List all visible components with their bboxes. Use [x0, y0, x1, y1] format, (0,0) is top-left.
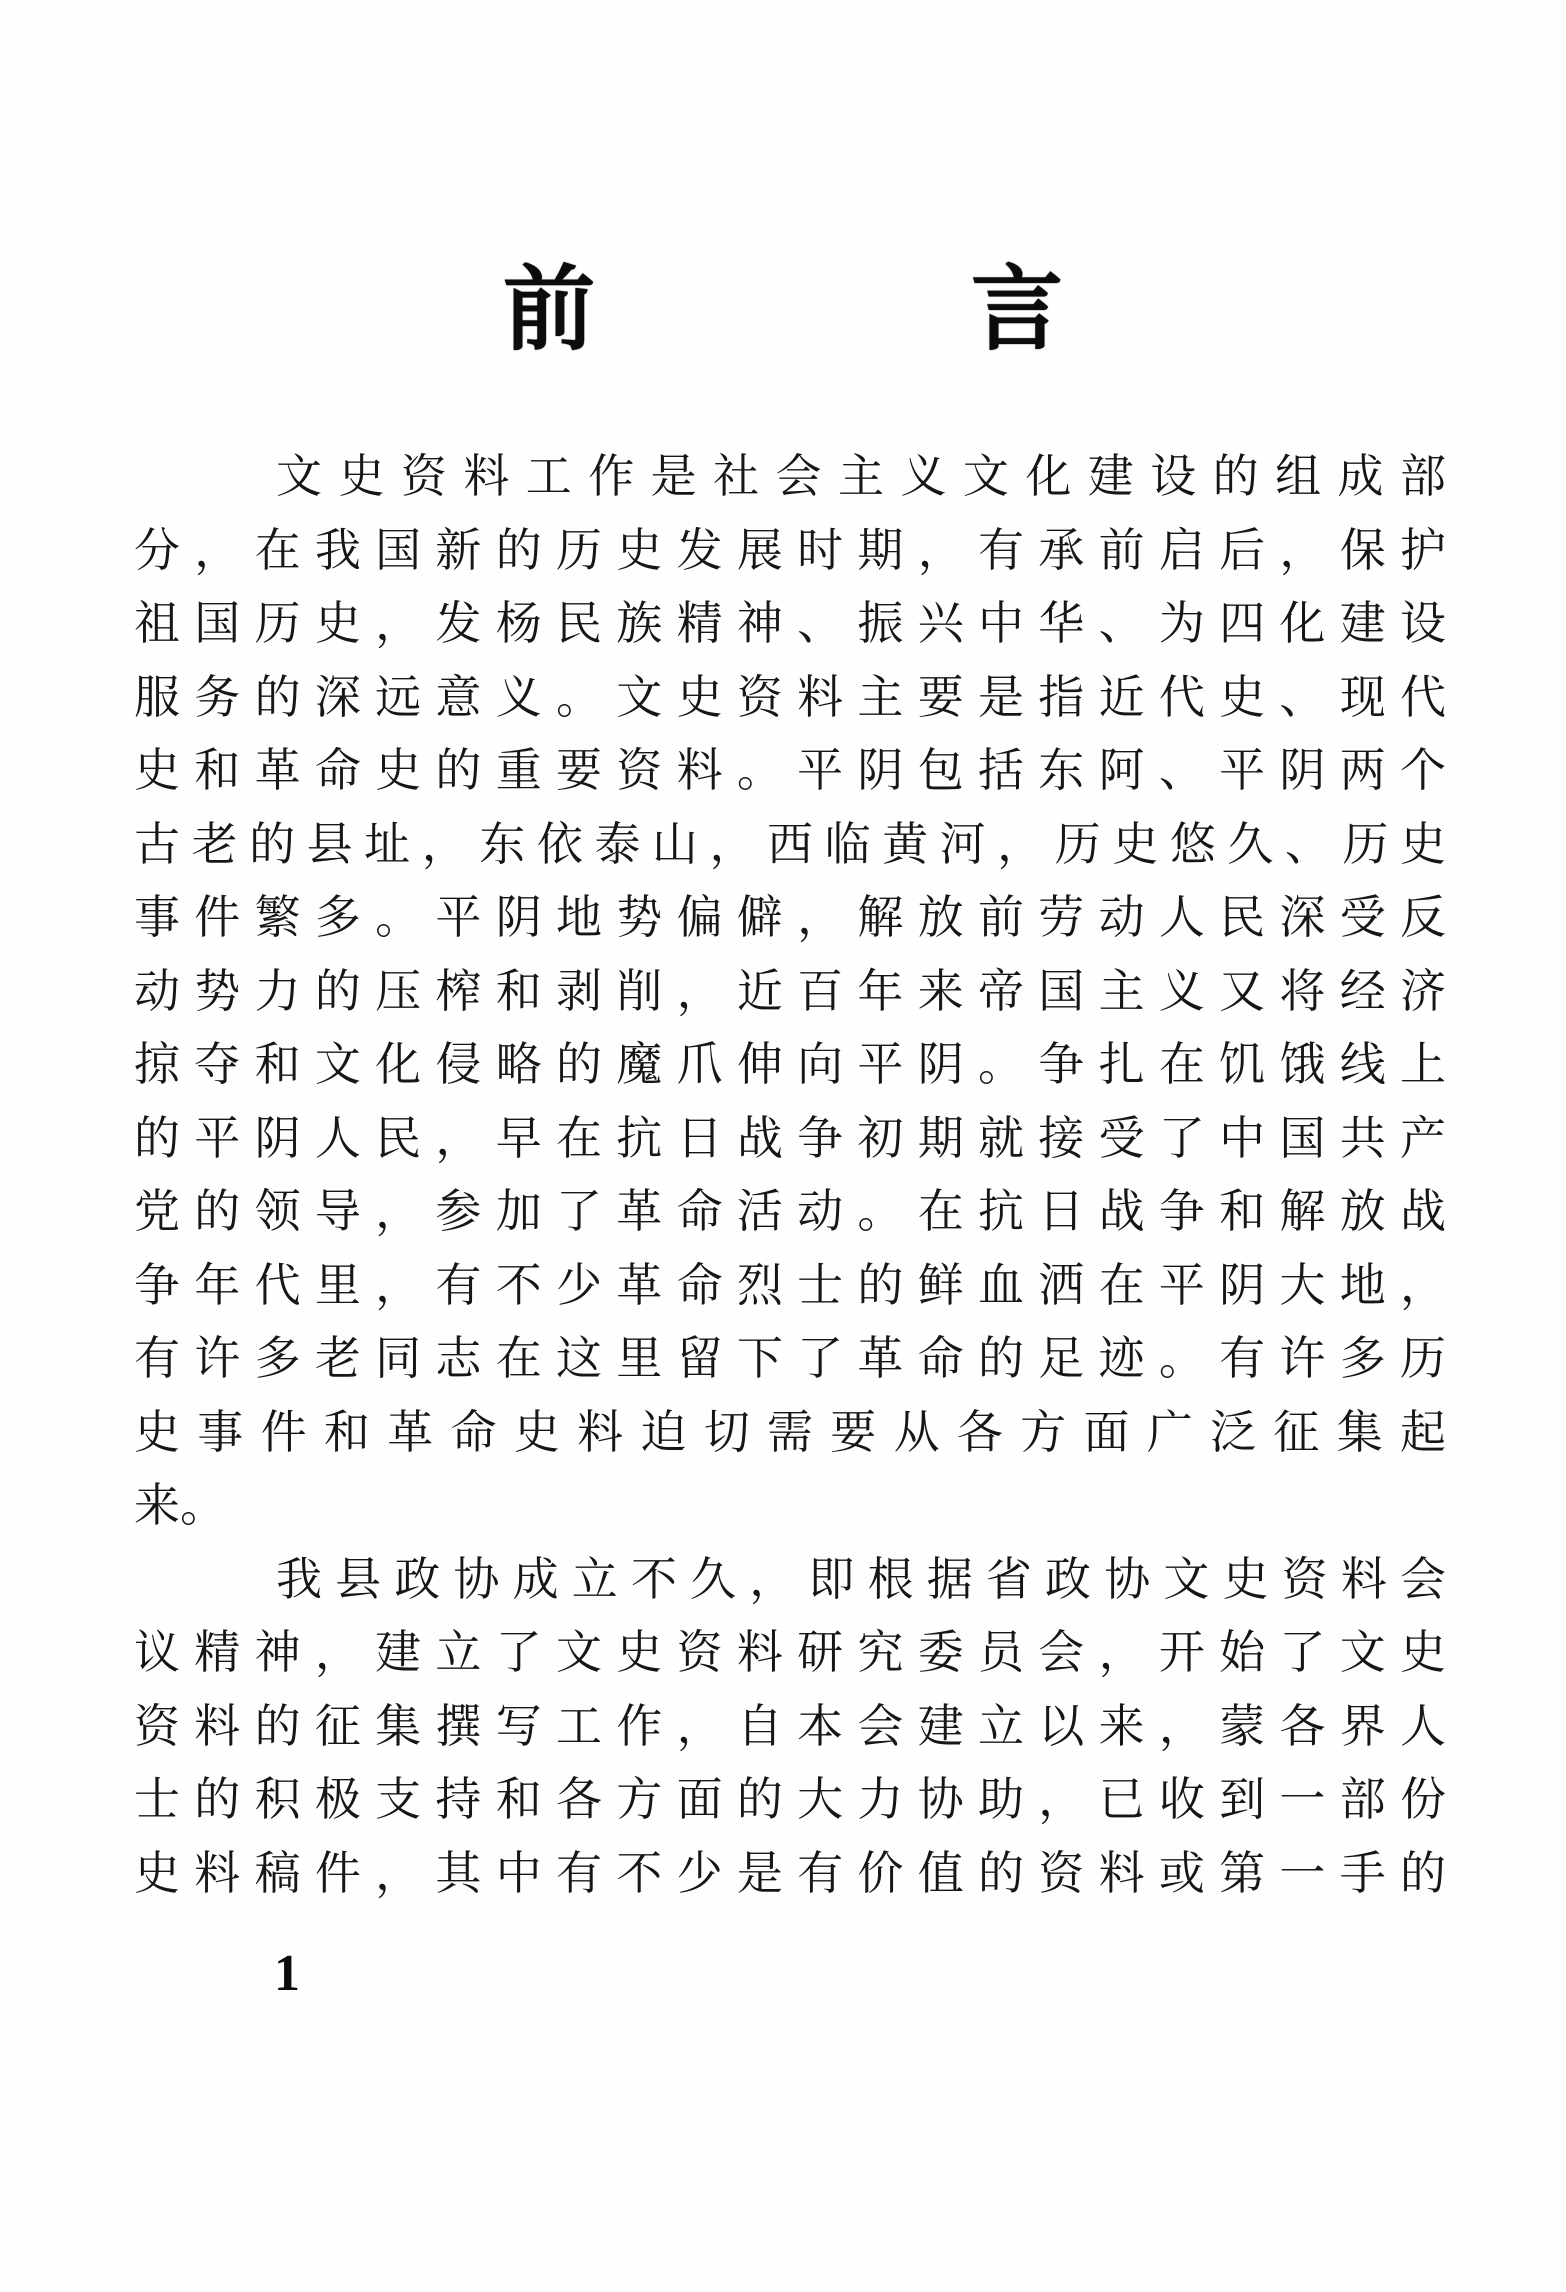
body-line: 古老的县址，东依泰山，西临黄河，历史悠久、历史: [134, 808, 1446, 882]
body-line: 的平阴人民，早在抗日战争初期就接受了中国共产: [134, 1102, 1446, 1176]
body-line: 士的积极支持和各方面的大力协助，已收到一部份: [134, 1763, 1446, 1837]
body-line: 祖国历史，发杨民族精神、振兴中华、为四化建设: [134, 587, 1446, 661]
body-line: 议精神，建立了文史资料研究委员会，开始了文史: [134, 1616, 1446, 1690]
body-line: 动势力的压榨和剥削，近百年来帝国主义又将经济: [134, 955, 1446, 1029]
body-line: 掠夺和文化侵略的魔爪伸向平阴。争扎在饥饿线上: [134, 1028, 1446, 1102]
title-char-left: 前: [503, 262, 595, 359]
body-line: 资料的征集撰写工作，自本会建立以来，蒙各界人: [134, 1690, 1446, 1764]
body-line: 服务的深远意义。文史资料主要是指近代史、现代: [134, 661, 1446, 735]
body-line: 有许多老同志在这里留下了革命的足迹。有许多历: [134, 1322, 1446, 1396]
body-line: 史料稿件，其中有不少是有价值的资料或第一手的: [134, 1837, 1446, 1911]
body-line: 史和革命史的重要资料。平阴包括东阿、平阴两个: [134, 734, 1446, 808]
body-line: 分，在我国新的历史发展时期，有承前启后，保护: [134, 514, 1446, 588]
body-line: 争年代里，有不少革命烈士的鲜血洒在平阴大地，: [134, 1249, 1446, 1323]
body-line: 来。: [134, 1469, 1446, 1543]
scanned-page: 前 言 文史资料工作是社会主义文化建设的组成部 分，在我国新的历史发展时期，有承…: [0, 0, 1566, 2292]
body-line: 我县政协成立不久，即根据省政协文史资料会: [134, 1543, 1446, 1617]
page-title: 前 言: [0, 262, 1566, 359]
body-line: 史事件和革命史料迫切需要从各方面广泛征集起: [134, 1396, 1446, 1470]
body-text: 文史资料工作是社会主义文化建设的组成部 分，在我国新的历史发展时期，有承前启后，…: [134, 440, 1446, 1910]
title-char-right: 言: [971, 262, 1063, 359]
body-line: 文史资料工作是社会主义文化建设的组成部: [134, 440, 1446, 514]
body-line: 事件繁多。平阴地势偏僻，解放前劳动人民深受反: [134, 881, 1446, 955]
page-number: 1: [274, 1944, 300, 2003]
body-line: 党的领导，参加了革命活动。在抗日战争和解放战: [134, 1175, 1446, 1249]
